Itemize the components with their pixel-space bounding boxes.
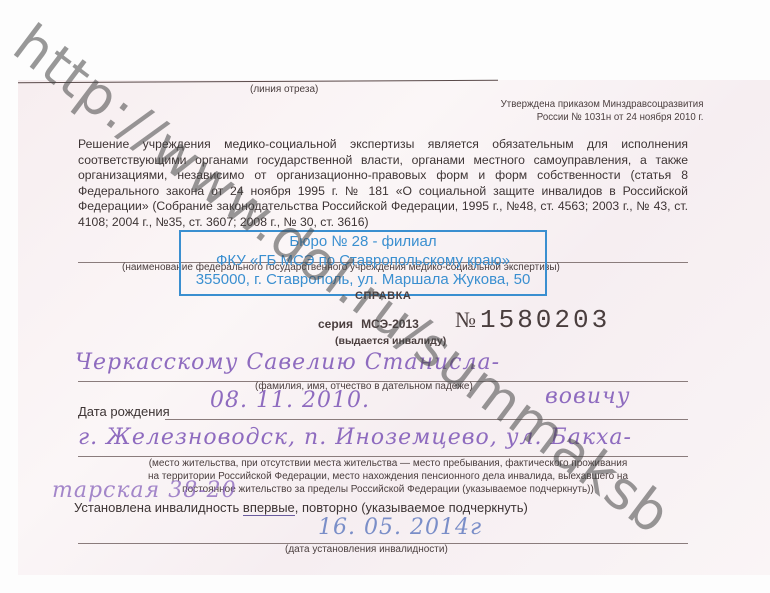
approval-line-2: России № 1031н от 24 ноября 2010 г. [500,111,703,124]
series-label: серия [318,317,353,331]
disability-first-time: впервые [243,500,295,516]
stamp-line-2: ФКУ «ГБ МСЭ по Ставропольскому краю» [181,251,545,270]
issued-to-note: (выдается инвалиду) [335,335,446,347]
disability-prefix: Установлена инвалидность [74,500,243,515]
birth-rule [165,419,688,420]
series-value: МСЭ-2013 [361,317,419,331]
certificate-number: №1580203 [455,305,610,335]
number-value: 1580203 [480,305,610,335]
institution-stamp: Бюро № 28 - филиал ФКУ «ГБ МСЭ по Ставро… [179,230,547,296]
disability-established: Установлена инвалидность впервые, повтор… [74,500,528,515]
document-title: СПРАВКА [355,290,411,302]
number-sign: № [455,307,476,332]
address-caption-line-1: (место жительства, при отсутствии места … [118,457,658,470]
holder-name-handwritten: Черкасскому Савелию Станисла- [75,350,500,375]
cut-line-label: (линия отреза) [250,84,318,95]
address-handwritten: г. Железноводск, п. Иноземцево, ул. Бакх… [78,425,632,450]
holder-name-handwritten-cont: вовичу [545,384,630,409]
series: серияМСЭ-2013 [318,317,419,331]
approval-note: Утверждена приказом Минздравсоцразвития … [500,98,703,124]
legal-paragraph: Решение учреждения медико-социальной экс… [78,137,688,230]
stamp-line-3: 355000, г. Ставрополь, ул. Маршала Жуков… [181,270,545,289]
disability-suffix: , повторно (указываемое подчеркнуть) [295,500,528,515]
disability-date-handwritten: 16. 05. 2014г [318,515,482,540]
stamp-line-1: Бюро № 28 - филиал [181,232,545,251]
approval-line-1: Утверждена приказом Минздравсоцразвития [500,98,703,111]
birth-date-handwritten: 08. 11. 2010. [210,388,370,413]
disability-date-caption: (дата установления инвалидности) [285,544,448,555]
birth-date-label: Дата рождения [78,404,170,419]
